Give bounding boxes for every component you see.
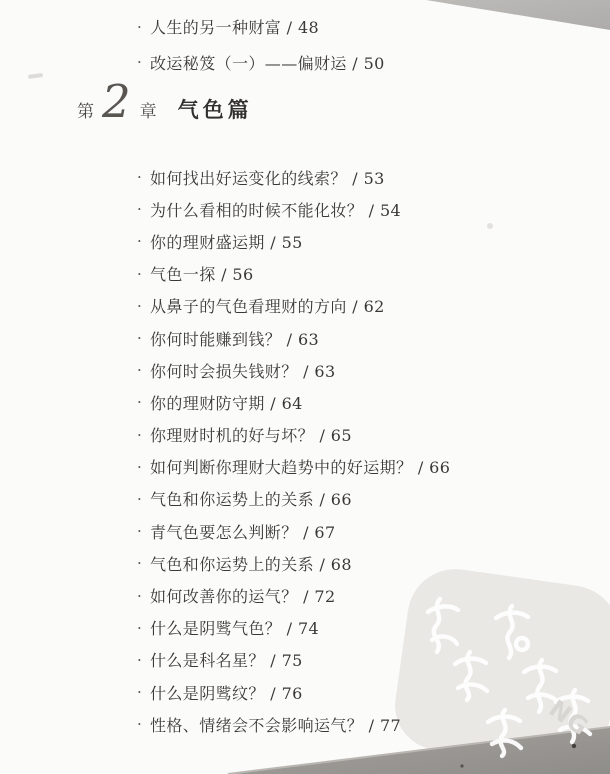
page-curl-shadow (426, 0, 610, 30)
toc-item-label: 什么是阴骘气色？ / 74 (150, 616, 319, 639)
toc-item-label: 如何找出好运变化的线索？ / 53 (150, 166, 385, 189)
toc-item: · 你的理财盛运期 / 55 (137, 225, 450, 257)
toc-item-label: 什么是科名星？ / 75 (150, 648, 303, 671)
bullet-icon: · (137, 393, 150, 411)
toc-item-label: 如何改善你的运气？ / 72 (150, 584, 336, 607)
toc-item: · 如何判断你理财大趋势中的好运期？ / 66 (137, 451, 450, 483)
bullet-icon: · (137, 587, 150, 605)
toc-item-label: 你何时能赚到钱？ / 63 (150, 327, 319, 350)
toc-item-label: 如何判断你理财大趋势中的好运期？ / 66 (150, 455, 450, 478)
toc-item-label: 你的理财防守期 / 64 (150, 391, 303, 414)
bullet-icon: · (137, 715, 150, 733)
toc-item-label: 气色一探 / 56 (150, 262, 254, 285)
chapter-suffix: 章 (140, 97, 157, 122)
toc-item-label: 你理财时机的好与坏？ / 65 (150, 423, 352, 446)
toc-item-label: 为什么看相的时候不能化妆？ / 54 (150, 198, 401, 221)
toc-item: · 你何时能赚到钱？ / 63 (137, 322, 450, 354)
bullet-icon: · (137, 683, 150, 701)
bullet-icon: · (137, 554, 150, 572)
toc-item: · 你理财时机的好与坏？ / 65 (137, 419, 450, 451)
toc-item-label: 性格、情绪会不会影响运气？ / 77 (150, 713, 401, 736)
bullet-icon: · (137, 490, 150, 508)
bullet-icon: · (137, 297, 150, 315)
toc-item: · 改运秘笈（一）——偏财运 / 50 (137, 45, 385, 81)
toc-item-label: 你的理财盛运期 / 55 (150, 230, 303, 253)
smudge (28, 73, 43, 79)
toc-item-label: 改运秘笈（一）——偏财运 / 50 (150, 51, 385, 74)
bullet-icon: · (137, 619, 150, 637)
bullet-icon: · (137, 522, 150, 540)
toc-item: · 什么是科名星？ / 75 (137, 644, 450, 676)
chapter-number: 2 (102, 79, 131, 124)
bullet-icon: · (137, 458, 150, 476)
toc-item-label: 什么是阴骘纹？ / 76 (150, 681, 303, 704)
toc-item: · 你的理财防守期 / 64 (137, 386, 450, 418)
toc-item: · 人生的另一种财富 / 48 (137, 9, 385, 45)
toc-item: · 性格、情绪会不会影响运气？ / 77 (137, 708, 450, 740)
bullet-icon: · (137, 265, 150, 283)
toc-item-label: 气色和你运势上的关系 / 66 (150, 487, 352, 510)
toc-item: · 青气色要怎么判断？ / 67 (137, 515, 450, 547)
ink-speck (460, 764, 463, 767)
toc-item: · 气色和你运势上的关系 / 68 (137, 547, 450, 579)
bullet-icon: · (137, 200, 150, 218)
toc-item-label: 青气色要怎么判断？ / 67 (150, 520, 336, 543)
toc-item: · 什么是阴骘纹？ / 76 (137, 676, 450, 708)
chapter-toc-list: · 如何找出好运变化的线索？ / 53 · 为什么看相的时候不能化妆？ / 54… (137, 161, 450, 740)
bullet-icon: · (137, 329, 150, 347)
intro-toc-list: · 人生的另一种财富 / 48 · 改运秘笈（一）——偏财运 / 50 (137, 9, 385, 80)
bullet-icon: · (137, 53, 150, 71)
chapter-prefix: 第 (77, 97, 94, 122)
toc-item-label: 你何时会损失钱财？ / 63 (150, 359, 336, 382)
bullet-icon: · (137, 18, 150, 36)
bullet-icon: · (137, 168, 150, 186)
chapter-title: 气色篇 (178, 94, 253, 124)
toc-item-label: 气色和你运势上的关系 / 68 (150, 552, 352, 575)
toc-item: · 如何改善你的运气？ / 72 (137, 579, 450, 611)
chapter-heading: 第 2 章 气色篇 (77, 79, 253, 124)
bullet-icon: · (137, 426, 150, 444)
bullet-icon: · (137, 232, 150, 250)
smudge (487, 223, 493, 229)
toc-item: · 从鼻子的气色看理财的方向 / 62 (137, 290, 450, 322)
toc-item-label: 人生的另一种财富 / 48 (150, 15, 319, 38)
toc-item: · 气色和你运势上的关系 / 66 (137, 483, 450, 515)
bullet-icon: · (137, 361, 150, 379)
toc-item-label: 从鼻子的气色看理财的方向 / 62 (150, 294, 385, 317)
toc-item: · 如何找出好运变化的线索？ / 53 (137, 161, 450, 193)
bullet-icon: · (137, 651, 150, 669)
toc-item: · 什么是阴骘气色？ / 74 (137, 612, 450, 644)
toc-item: · 为什么看相的时候不能化妆？ / 54 (137, 193, 450, 225)
toc-item: · 你何时会损失钱财？ / 63 (137, 354, 450, 386)
toc-item: · 气色一探 / 56 (137, 258, 450, 290)
